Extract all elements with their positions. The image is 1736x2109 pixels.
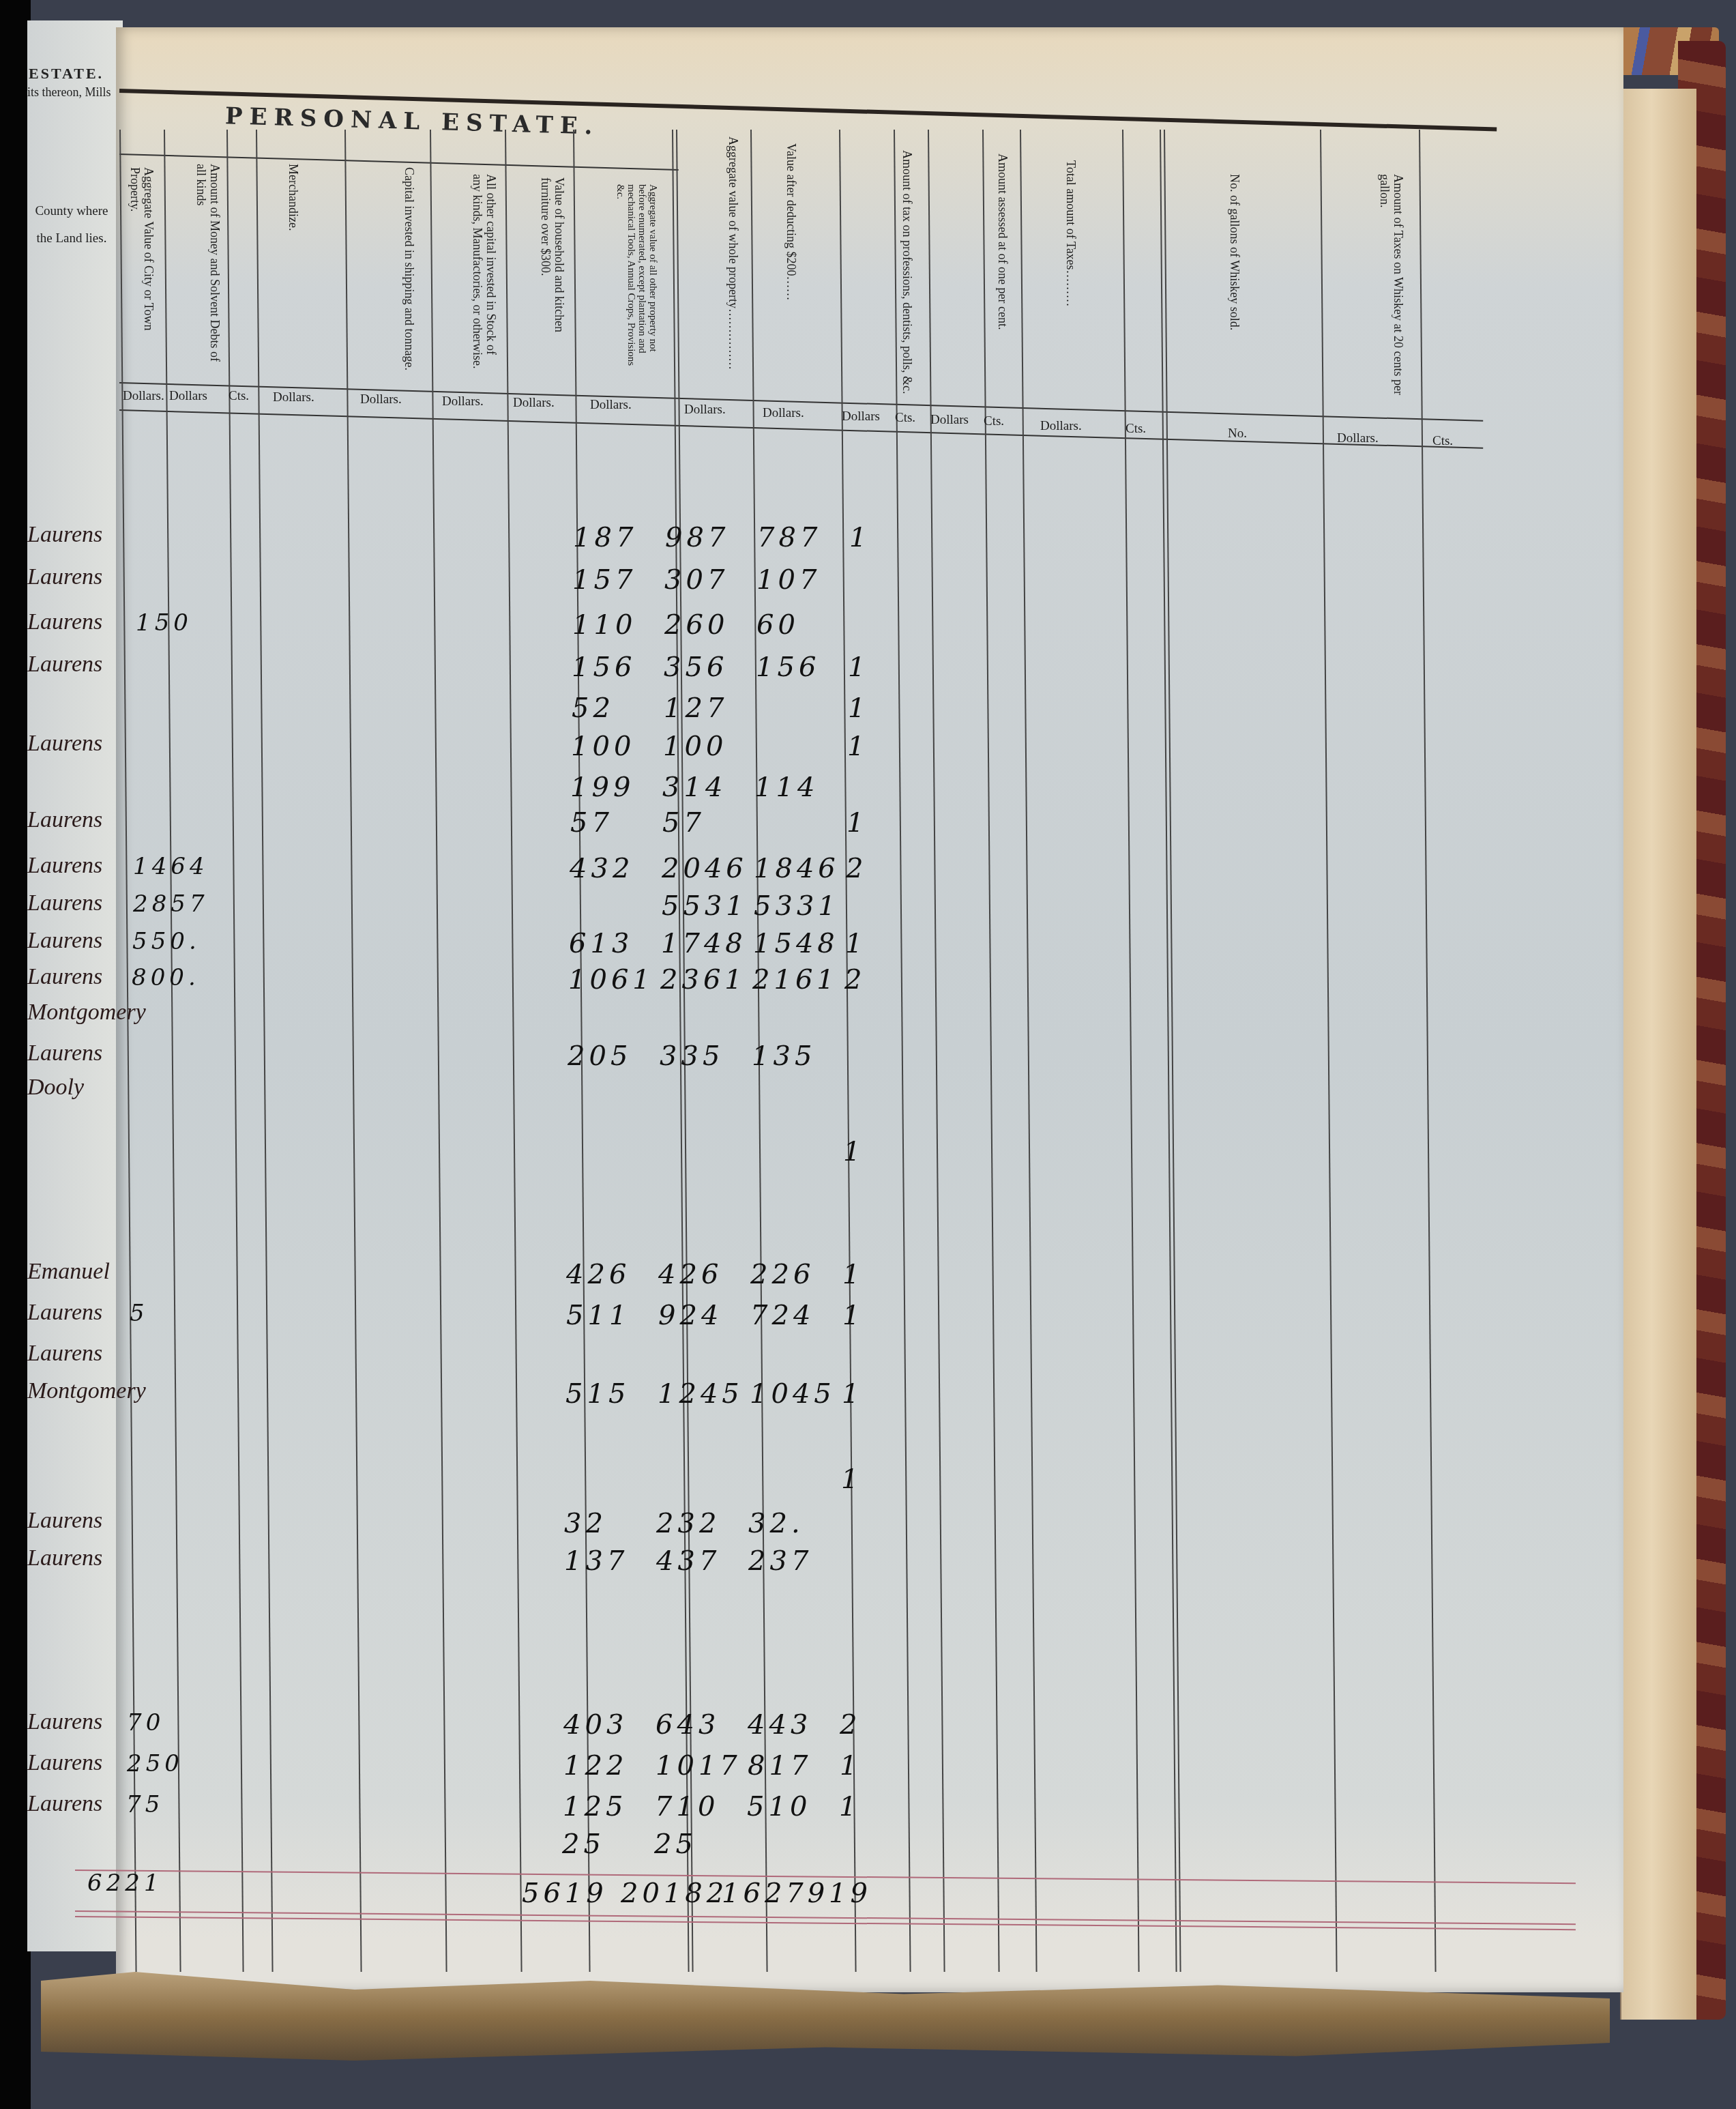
- value-cell-whole-property: 2046: [662, 853, 748, 884]
- value-cell-after-deducting: 2161: [752, 964, 838, 995]
- value-cell-money-debts: 75: [126, 1791, 164, 1818]
- county-cell: Laurens: [27, 522, 102, 548]
- unit-label: Dollars.: [763, 406, 804, 421]
- county-cell: Emanuel: [27, 1259, 110, 1285]
- value-cell-money-debts: 250: [127, 1750, 183, 1777]
- value-cell-whole-property: 25: [654, 1829, 697, 1860]
- value-cell-tax-professions: 1: [848, 652, 869, 683]
- county-cell: Laurens: [27, 964, 102, 990]
- value-cell-whole-property: 335: [660, 1041, 724, 1072]
- county-cell: Laurens: [27, 807, 102, 833]
- value-cell-tax-professions: 1: [841, 1464, 862, 1495]
- county-cell: Montgomery: [27, 1378, 146, 1404]
- value-cell-tax-professions: 1: [849, 522, 870, 553]
- value-cell-other-property: 511: [566, 1300, 630, 1331]
- header-whiskey-gallons: No. of gallons of Whiskey sold.: [1228, 174, 1241, 406]
- unit-label: Cts.: [229, 389, 249, 404]
- value-cell-other-property: 52: [572, 693, 615, 724]
- value-cell-whole-property: 643: [656, 1709, 720, 1741]
- header-household: Value of household and kitchen furniture…: [518, 177, 566, 375]
- value-cell-after-deducting: 114: [754, 772, 819, 803]
- value-cell-whole-property: 356: [664, 652, 728, 683]
- total-other-property: 5619: [522, 1878, 608, 1909]
- header-total-taxes: Total amount of Taxes………: [1064, 160, 1078, 399]
- county-cell: Laurens: [27, 890, 102, 916]
- county-cell: Laurens: [27, 1791, 102, 1817]
- value-cell-whole-property: 924: [658, 1300, 722, 1331]
- unit-label: No.: [1228, 426, 1247, 441]
- county-cell: Laurens: [27, 1041, 102, 1066]
- value-cell-tax-professions: 1: [847, 807, 868, 839]
- county-cell: Dooly: [27, 1075, 84, 1101]
- value-cell-tax-professions: 1: [842, 1259, 864, 1290]
- unit-label: Dollars.: [273, 390, 314, 405]
- header-whiskey-tax: Amount of Taxes on Whiskey at 20 cents p…: [1368, 174, 1405, 406]
- value-cell-after-deducting: 107: [756, 564, 821, 596]
- value-cell-tax-professions: 2: [844, 964, 866, 995]
- unit-label: Dollars: [169, 389, 207, 404]
- value-cell-money-debts: 800.: [132, 964, 200, 991]
- county-cell: Laurens: [27, 928, 102, 954]
- value-cell-whole-property: 1017: [656, 1750, 741, 1781]
- value-cell-after-deducting: 1548: [753, 928, 839, 959]
- value-cell-tax-professions: 1: [839, 1791, 860, 1822]
- value-cell-after-deducting: 135: [752, 1041, 816, 1072]
- value-cell-whole-property: 710: [655, 1791, 719, 1822]
- unit-label: Dollars.: [1040, 419, 1082, 434]
- header-after-deducting: Value after deducting $200……: [784, 143, 798, 389]
- value-cell-whole-property: 2361: [660, 964, 746, 995]
- unit-label: Cts.: [895, 411, 915, 426]
- value-cell-money-debts: 2857: [133, 890, 209, 918]
- value-cell-whole-property: 307: [664, 564, 729, 596]
- value-cell-other-property: 205: [568, 1041, 632, 1072]
- header-merchandize: Merchandize.: [286, 164, 300, 368]
- value-cell-whole-property: 5531: [662, 890, 748, 922]
- total-tax-professions: 19: [829, 1878, 872, 1909]
- header-tax-professions: Amount of tax on professions, dentists, …: [853, 150, 914, 396]
- value-cell-money-debts: 150: [136, 609, 192, 637]
- value-cell-other-property: 25: [562, 1829, 605, 1860]
- value-cell-after-deducting: 724: [750, 1300, 814, 1331]
- value-cell-other-property: 125: [563, 1791, 627, 1822]
- value-cell-after-deducting: 817: [748, 1750, 812, 1781]
- left-subtitle-fragment: its thereon, Mills: [27, 85, 111, 100]
- total-whole-property: 20182: [621, 1878, 728, 1909]
- value-cell-after-deducting: 1045: [750, 1378, 836, 1410]
- county-cell: Laurens: [27, 564, 102, 590]
- value-cell-whole-property: 57: [662, 807, 705, 839]
- county-cell: Laurens: [27, 1300, 102, 1326]
- value-cell-other-property: 110: [572, 609, 636, 641]
- value-cell-after-deducting: 237: [748, 1545, 812, 1577]
- value-cell-other-property: 515: [565, 1378, 630, 1410]
- header-money-debts: Amount of Money and Solvent Debts of all…: [167, 164, 222, 362]
- value-cell-whole-property: 232: [656, 1508, 720, 1539]
- value-cell-tax-professions: 1: [842, 1378, 863, 1410]
- county-cell: Laurens: [27, 1750, 102, 1776]
- value-cell-other-property: 57: [570, 807, 613, 839]
- county-header: County where the Land lies.: [34, 198, 109, 252]
- county-cell: Laurens: [27, 1341, 102, 1367]
- value-cell-tax-professions: 1: [842, 1300, 864, 1331]
- value-cell-money-debts: 70: [127, 1709, 164, 1736]
- unit-label: Dollars.: [360, 392, 402, 407]
- value-cell-whole-property: 314: [662, 772, 726, 803]
- header-shipping: Capital invested in shipping and tonnage…: [375, 167, 416, 372]
- county-cell: Laurens: [27, 1508, 102, 1534]
- value-cell-money-debts: 1464: [133, 853, 209, 880]
- value-cell-other-property: 199: [570, 772, 634, 803]
- value-cell-after-deducting: 226: [750, 1259, 814, 1290]
- left-title-fragment: ESTATE.: [29, 65, 104, 83]
- unit-label: Dollars.: [1337, 431, 1379, 446]
- value-cell-other-property: 403: [563, 1709, 628, 1741]
- value-cell-after-deducting: 60: [756, 609, 799, 641]
- value-cell-whole-property: 1245: [658, 1378, 744, 1410]
- value-cell-whole-property: 260: [664, 609, 729, 641]
- value-cell-whole-property: 426: [658, 1259, 722, 1290]
- value-cell-whole-property: 437: [656, 1545, 720, 1577]
- unit-label: Cts.: [1432, 434, 1453, 449]
- county-cell: Laurens: [27, 652, 102, 678]
- value-cell-other-property: 187: [573, 522, 637, 553]
- value-cell-after-deducting: 510: [747, 1791, 811, 1822]
- value-cell-tax-professions: 2: [846, 853, 867, 884]
- value-cell-whole-property: 987: [665, 522, 729, 553]
- county-cell: Laurens: [27, 853, 102, 879]
- value-cell-other-property: 32: [564, 1508, 607, 1539]
- value-cell-whole-property: 127: [664, 693, 728, 724]
- total-money-debts: 6221: [87, 1870, 163, 1897]
- value-cell-other-property: 426: [566, 1259, 630, 1290]
- value-cell-whole-property: 1748: [661, 928, 747, 959]
- value-cell-tax-professions: 2: [840, 1709, 861, 1741]
- value-cell-tax-professions: 1: [845, 928, 866, 959]
- value-cell-tax-professions: 1: [847, 731, 868, 762]
- county-cell: Laurens: [27, 1709, 102, 1735]
- unit-label: Dollars.: [123, 389, 164, 404]
- county-cell: Laurens: [27, 609, 102, 635]
- header-other-property: Aggregate value of all other property no…: [583, 184, 658, 368]
- value-cell-after-deducting: 787: [757, 522, 821, 553]
- value-cell-other-property: 137: [564, 1545, 628, 1577]
- value-cell-other-property: 100: [571, 731, 635, 762]
- value-cell-tax-professions: 1: [843, 1136, 864, 1167]
- value-cell-other-property: 156: [572, 652, 636, 683]
- county-cell: Montgomery: [27, 1000, 146, 1026]
- header-city-property: Aggregate Value of City or Town Property…: [128, 167, 156, 372]
- unit-label: Dollars.: [590, 398, 632, 413]
- unit-label: Dollars.: [684, 403, 726, 418]
- county-cell: Laurens: [27, 1545, 102, 1571]
- value-cell-other-property: 122: [563, 1750, 628, 1781]
- value-cell-after-deducting: 32.: [748, 1508, 804, 1539]
- value-cell-other-property: 432: [570, 853, 634, 884]
- background-shadow: [0, 0, 31, 2109]
- county-cell: Laurens: [27, 731, 102, 757]
- value-cell-after-deducting: 5331: [754, 890, 840, 922]
- value-cell-tax-professions: 1: [848, 693, 869, 724]
- value-cell-whole-property: 100: [663, 731, 727, 762]
- unit-label: Dollars.: [513, 396, 555, 411]
- unit-label: Cts.: [984, 414, 1004, 429]
- unit-label: Dollars.: [442, 394, 484, 409]
- unit-label: Dollars: [930, 413, 969, 428]
- value-cell-tax-professions: 1: [840, 1750, 861, 1781]
- value-cell-money-debts: 5: [130, 1300, 149, 1327]
- header-other-capital: All other capital invested in Stock of a…: [443, 174, 498, 372]
- header-whole-property: Aggregate value of whole property……………: [686, 136, 740, 389]
- value-cell-other-property: 1061: [568, 964, 654, 995]
- page-stack-edge: [1620, 89, 1696, 2020]
- value-cell-money-debts: 550.: [132, 928, 201, 955]
- value-cell-other-property: 613: [569, 928, 633, 959]
- value-cell-after-deducting: 1846: [754, 853, 840, 884]
- value-cell-after-deducting: 443: [748, 1709, 812, 1741]
- value-cell-after-deducting: 156: [756, 652, 820, 683]
- unit-label: Cts.: [1126, 422, 1146, 437]
- unit-label: Dollars: [842, 409, 880, 424]
- total-after-deducting: 16279: [722, 1878, 829, 1909]
- header-assessed-one-pct: Amount assessed at of one per cent.: [948, 154, 1010, 399]
- value-cell-other-property: 157: [572, 564, 636, 596]
